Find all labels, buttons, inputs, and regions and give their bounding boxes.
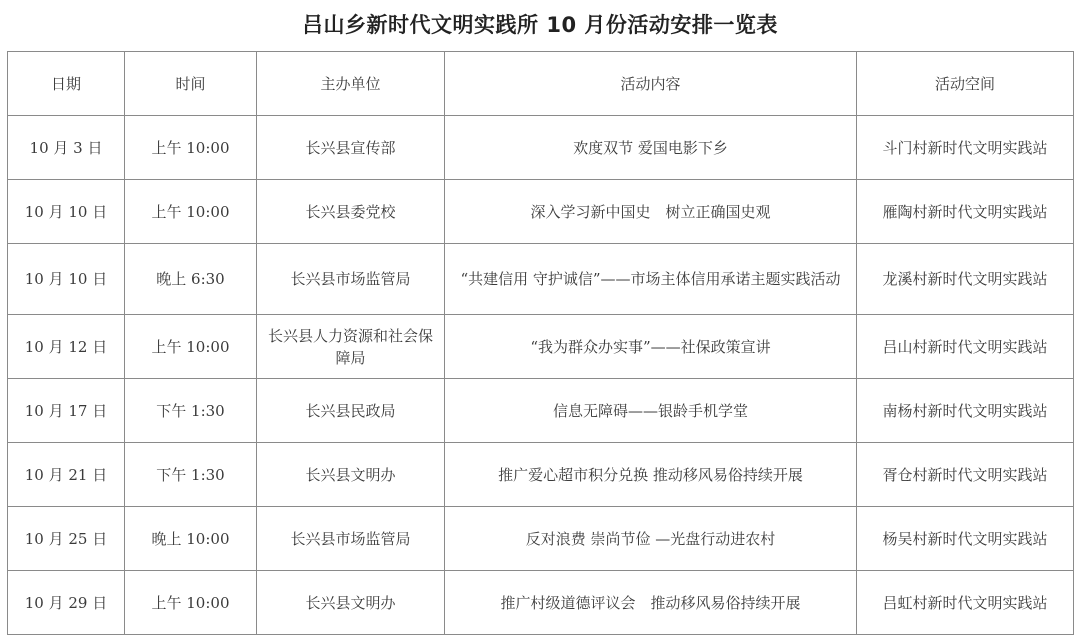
cell-date: 10 月 12 日 xyxy=(8,315,125,379)
cell-organizer: 长兴县委党校 xyxy=(257,180,445,244)
cell-content: 推广村级道德评议会 推动移风易俗持续开展 xyxy=(445,571,857,635)
cell-content: “我为群众办实事”——社保政策宣讲 xyxy=(445,315,857,379)
cell-organizer: 长兴县宣传部 xyxy=(257,116,445,180)
cell-venue: 龙溪村新时代文明实践站 xyxy=(857,244,1074,315)
table-row: 10 月 12 日 上午 10:00 长兴县人力资源和社会保障局 “我为群众办实… xyxy=(8,315,1074,379)
table-row: 10 月 3 日 上午 10:00 长兴县宣传部 欢度双节 爱国电影下乡 斗门村… xyxy=(8,116,1074,180)
cell-time: 晚上 10:00 xyxy=(125,507,257,571)
header-venue: 活动空间 xyxy=(857,52,1074,116)
cell-time: 晚上 6:30 xyxy=(125,244,257,315)
cell-content: 信息无障碍——银龄手机学堂 xyxy=(445,379,857,443)
table-row: 10 月 29 日 上午 10:00 长兴县文明办 推广村级道德评议会 推动移风… xyxy=(8,571,1074,635)
header-content: 活动内容 xyxy=(445,52,857,116)
cell-venue: 斗门村新时代文明实践站 xyxy=(857,116,1074,180)
activity-schedule-table: 日期 时间 主办单位 活动内容 活动空间 10 月 3 日 上午 10:00 长… xyxy=(7,51,1074,635)
cell-date: 10 月 17 日 xyxy=(8,379,125,443)
cell-content: 欢度双节 爱国电影下乡 xyxy=(445,116,857,180)
cell-organizer: 长兴县市场监管局 xyxy=(257,244,445,315)
header-organizer: 主办单位 xyxy=(257,52,445,116)
table-row: 10 月 21 日 下午 1:30 长兴县文明办 推广爱心超市积分兑换 推动移风… xyxy=(8,443,1074,507)
cell-time: 下午 1:30 xyxy=(125,379,257,443)
header-time: 时间 xyxy=(125,52,257,116)
cell-organizer: 长兴县民政局 xyxy=(257,379,445,443)
cell-time: 上午 10:00 xyxy=(125,315,257,379)
cell-organizer: 长兴县文明办 xyxy=(257,571,445,635)
cell-time: 上午 10:00 xyxy=(125,116,257,180)
header-date: 日期 xyxy=(8,52,125,116)
cell-date: 10 月 10 日 xyxy=(8,244,125,315)
cell-date: 10 月 29 日 xyxy=(8,571,125,635)
document-title: 吕山乡新时代文明实践所 10 月份活动安排一览表 xyxy=(0,10,1080,40)
cell-venue: 胥仓村新时代文明实践站 xyxy=(857,443,1074,507)
cell-time: 上午 10:00 xyxy=(125,571,257,635)
cell-venue: 南杨村新时代文明实践站 xyxy=(857,379,1074,443)
cell-organizer: 长兴县市场监管局 xyxy=(257,507,445,571)
cell-venue: 吕山村新时代文明实践站 xyxy=(857,315,1074,379)
cell-content: 反对浪费 崇尚节俭 —光盘行动进农村 xyxy=(445,507,857,571)
cell-organizer: 长兴县人力资源和社会保障局 xyxy=(257,315,445,379)
cell-venue: 杨吴村新时代文明实践站 xyxy=(857,507,1074,571)
cell-venue: 吕虹村新时代文明实践站 xyxy=(857,571,1074,635)
table-header-row: 日期 时间 主办单位 活动内容 活动空间 xyxy=(8,52,1074,116)
cell-content: 深入学习新中国史 树立正确国史观 xyxy=(445,180,857,244)
cell-organizer: 长兴县文明办 xyxy=(257,443,445,507)
cell-date: 10 月 21 日 xyxy=(8,443,125,507)
cell-date: 10 月 25 日 xyxy=(8,507,125,571)
table-row: 10 月 17 日 下午 1:30 长兴县民政局 信息无障碍——银龄手机学堂 南… xyxy=(8,379,1074,443)
cell-time: 上午 10:00 xyxy=(125,180,257,244)
cell-date: 10 月 10 日 xyxy=(8,180,125,244)
cell-time: 下午 1:30 xyxy=(125,443,257,507)
cell-date: 10 月 3 日 xyxy=(8,116,125,180)
cell-content: 推广爱心超市积分兑换 推动移风易俗持续开展 xyxy=(445,443,857,507)
cell-content: “共建信用 守护诚信”——市场主体信用承诺主题实践活动 xyxy=(445,244,857,315)
table-row: 10 月 10 日 晚上 6:30 长兴县市场监管局 “共建信用 守护诚信”——… xyxy=(8,244,1074,315)
cell-venue: 雁陶村新时代文明实践站 xyxy=(857,180,1074,244)
table-row: 10 月 25 日 晚上 10:00 长兴县市场监管局 反对浪费 崇尚节俭 —光… xyxy=(8,507,1074,571)
table-row: 10 月 10 日 上午 10:00 长兴县委党校 深入学习新中国史 树立正确国… xyxy=(8,180,1074,244)
